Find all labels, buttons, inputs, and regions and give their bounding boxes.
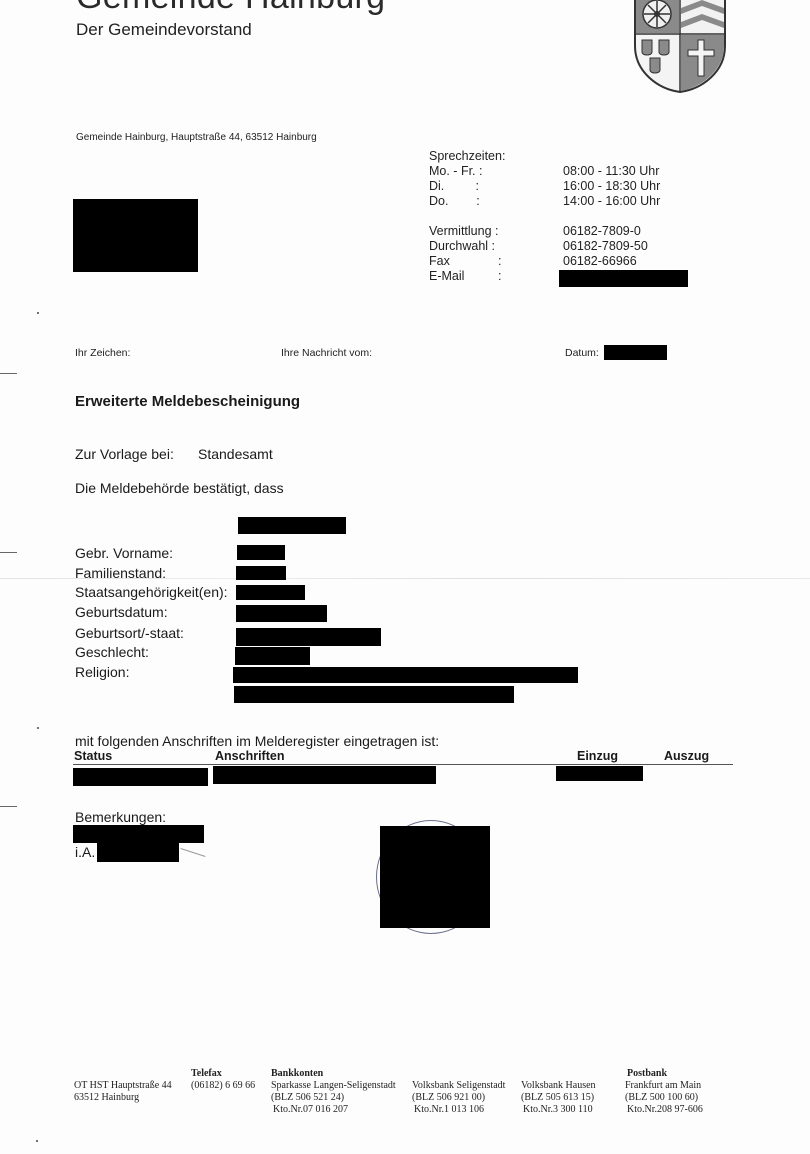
address-intro: mit folgenden Anschriften im Melderegist… (75, 733, 439, 749)
bank-account: Kto.Nr.3 300 110 (521, 1104, 596, 1116)
remarks-label: Bemerkungen: (75, 809, 166, 825)
hours-day-label: Di. : (429, 179, 479, 193)
telefax-title: Telefax (191, 1068, 222, 1079)
telefax-number: (06182) 6 69 66 (191, 1080, 255, 1092)
recipient-address-redacted (73, 199, 198, 272)
bank-account: Kto.Nr.07 016 207 (271, 1104, 396, 1116)
footer-address: OT HST Hauptstraße 44 63512 Hainburg (74, 1080, 172, 1104)
field-value-redacted (235, 647, 310, 665)
email-label: E-Mail (429, 269, 464, 284)
scan-speck (37, 312, 39, 314)
date-label: Datum: (565, 347, 599, 359)
field-label-first-name: Gebr. Vorname: (75, 545, 173, 561)
field-value-redacted (236, 585, 305, 600)
presented-to-label: Zur Vorlage bei: (75, 446, 174, 462)
field-value-redacted (236, 605, 327, 622)
bank-blz: (BLZ 500 100 60) (625, 1092, 703, 1104)
move-in-date-redacted (556, 766, 643, 781)
confirmation-text: Die Meldebehörde bestätigt, dass (75, 480, 284, 496)
bank-blz: (BLZ 505 613 15) (521, 1092, 596, 1104)
your-message-label: Ihre Nachricht vom: (281, 347, 372, 359)
table-header-rule (73, 764, 733, 765)
signature-stroke (180, 848, 205, 857)
document-title: Erweiterte Meldebescheinigung (75, 393, 300, 410)
bank-name: Volksbank Hausen (521, 1080, 596, 1092)
hours-time: 16:00 - 18:30 Uhr (563, 179, 660, 194)
footer-bank-postbank: Postbank Frankfurt am Main (BLZ 500 100 … (625, 1068, 703, 1116)
phone-label: Durchwahl : (429, 239, 495, 254)
field-value-redacted (234, 686, 514, 703)
presented-to-value: Standesamt (198, 446, 273, 462)
bank-blz: (BLZ 506 921 00) (412, 1092, 505, 1104)
field-label-religion: Religion: (75, 664, 129, 680)
department-name: Der Gemeindevorstand (76, 20, 252, 40)
email-colon: : (498, 269, 501, 284)
municipality-name: Gemeinde Hainburg (76, 0, 385, 17)
footer-bank-sparkasse: Bankkonten Sparkasse Langen-Seligenstadt… (271, 1068, 396, 1116)
bank-account: Kto.Nr.1 013 106 (412, 1104, 505, 1116)
field-value-redacted (236, 566, 286, 580)
email-redacted (559, 270, 688, 287)
hours-time: 14:00 - 16:00 Uhr (563, 194, 660, 209)
fax-label: Fax (429, 254, 450, 269)
bank-account: Kto.Nr.208 97-606 (625, 1104, 703, 1116)
signature-prefix: i.A. (75, 844, 95, 860)
fold-mark (0, 552, 17, 553)
hours-day: Do. : (429, 194, 480, 209)
column-header-status: Status (74, 749, 112, 763)
phone-value: 06182-7809-50 (563, 239, 648, 254)
footer-address-line: OT HST Hauptstraße 44 (74, 1080, 172, 1092)
official-stamp-redacted (380, 826, 490, 928)
bank-blz: (BLZ 506 521 24) (271, 1092, 396, 1104)
hours-day: Mo. - Fr. : (429, 164, 482, 179)
fold-mark (0, 373, 17, 374)
field-value-redacted (236, 628, 381, 646)
footer-bank-volksbank-hausen: Volksbank Hausen (BLZ 505 613 15) Kto.Nr… (521, 1080, 596, 1116)
column-header-move-in: Einzug (577, 749, 618, 763)
field-label-gender: Geschlecht: (75, 644, 149, 660)
office-hours-title: Sprechzeiten: (429, 149, 505, 164)
bank-name: Volksbank Seligenstadt (412, 1080, 505, 1092)
field-label-nationality: Staatsangehörigkeit(en): (75, 584, 228, 600)
postbank-title: Postbank (627, 1068, 667, 1079)
field-value-redacted (237, 545, 285, 560)
punch-mark (0, 806, 17, 807)
hours-day-label: Do. : (429, 194, 480, 208)
person-name-redacted (238, 517, 346, 534)
date-redacted (604, 345, 667, 360)
footer-address-line: 63512 Hainburg (74, 1092, 172, 1104)
hours-day: Di. : (429, 179, 479, 194)
footer-bank-volksbank-seligenstadt: Volksbank Seligenstadt (BLZ 506 921 00) … (412, 1080, 505, 1116)
bank-name: Frankfurt am Main (625, 1080, 703, 1092)
hours-time: 08:00 - 11:30 Uhr (563, 164, 659, 179)
remarks-redacted (73, 825, 204, 843)
your-sign-label: Ihr Zeichen: (75, 347, 130, 359)
footer-telefax: Telefax (06182) 6 69 66 (191, 1068, 255, 1092)
column-header-addresses: Anschriften (215, 749, 284, 763)
sender-address-line: Gemeinde Hainburg, Hauptstraße 44, 63512… (76, 132, 317, 143)
column-header-move-out: Auszug (664, 749, 709, 763)
bank-name: Sparkasse Langen-Seligenstadt (271, 1080, 396, 1092)
address-redacted (213, 766, 436, 784)
scan-speck (37, 727, 39, 729)
signature-redacted (97, 843, 179, 862)
scan-speck (36, 1140, 38, 1142)
coat-of-arms-icon (632, 0, 728, 94)
field-value-redacted (233, 667, 578, 683)
status-redacted (73, 768, 208, 786)
field-label-birth-place: Geburtsort/-staat: (75, 625, 184, 641)
phone-label: Vermittlung : (429, 224, 498, 239)
phone-value: 06182-7809-0 (563, 224, 641, 239)
fax-colon: : (498, 254, 501, 269)
field-label-birth-date: Geburtsdatum: (75, 604, 168, 620)
bank-accounts-title: Bankkonten (271, 1068, 323, 1079)
field-label-marital-status: Familienstand: (75, 565, 166, 581)
fax-value: 06182-66966 (563, 254, 637, 269)
